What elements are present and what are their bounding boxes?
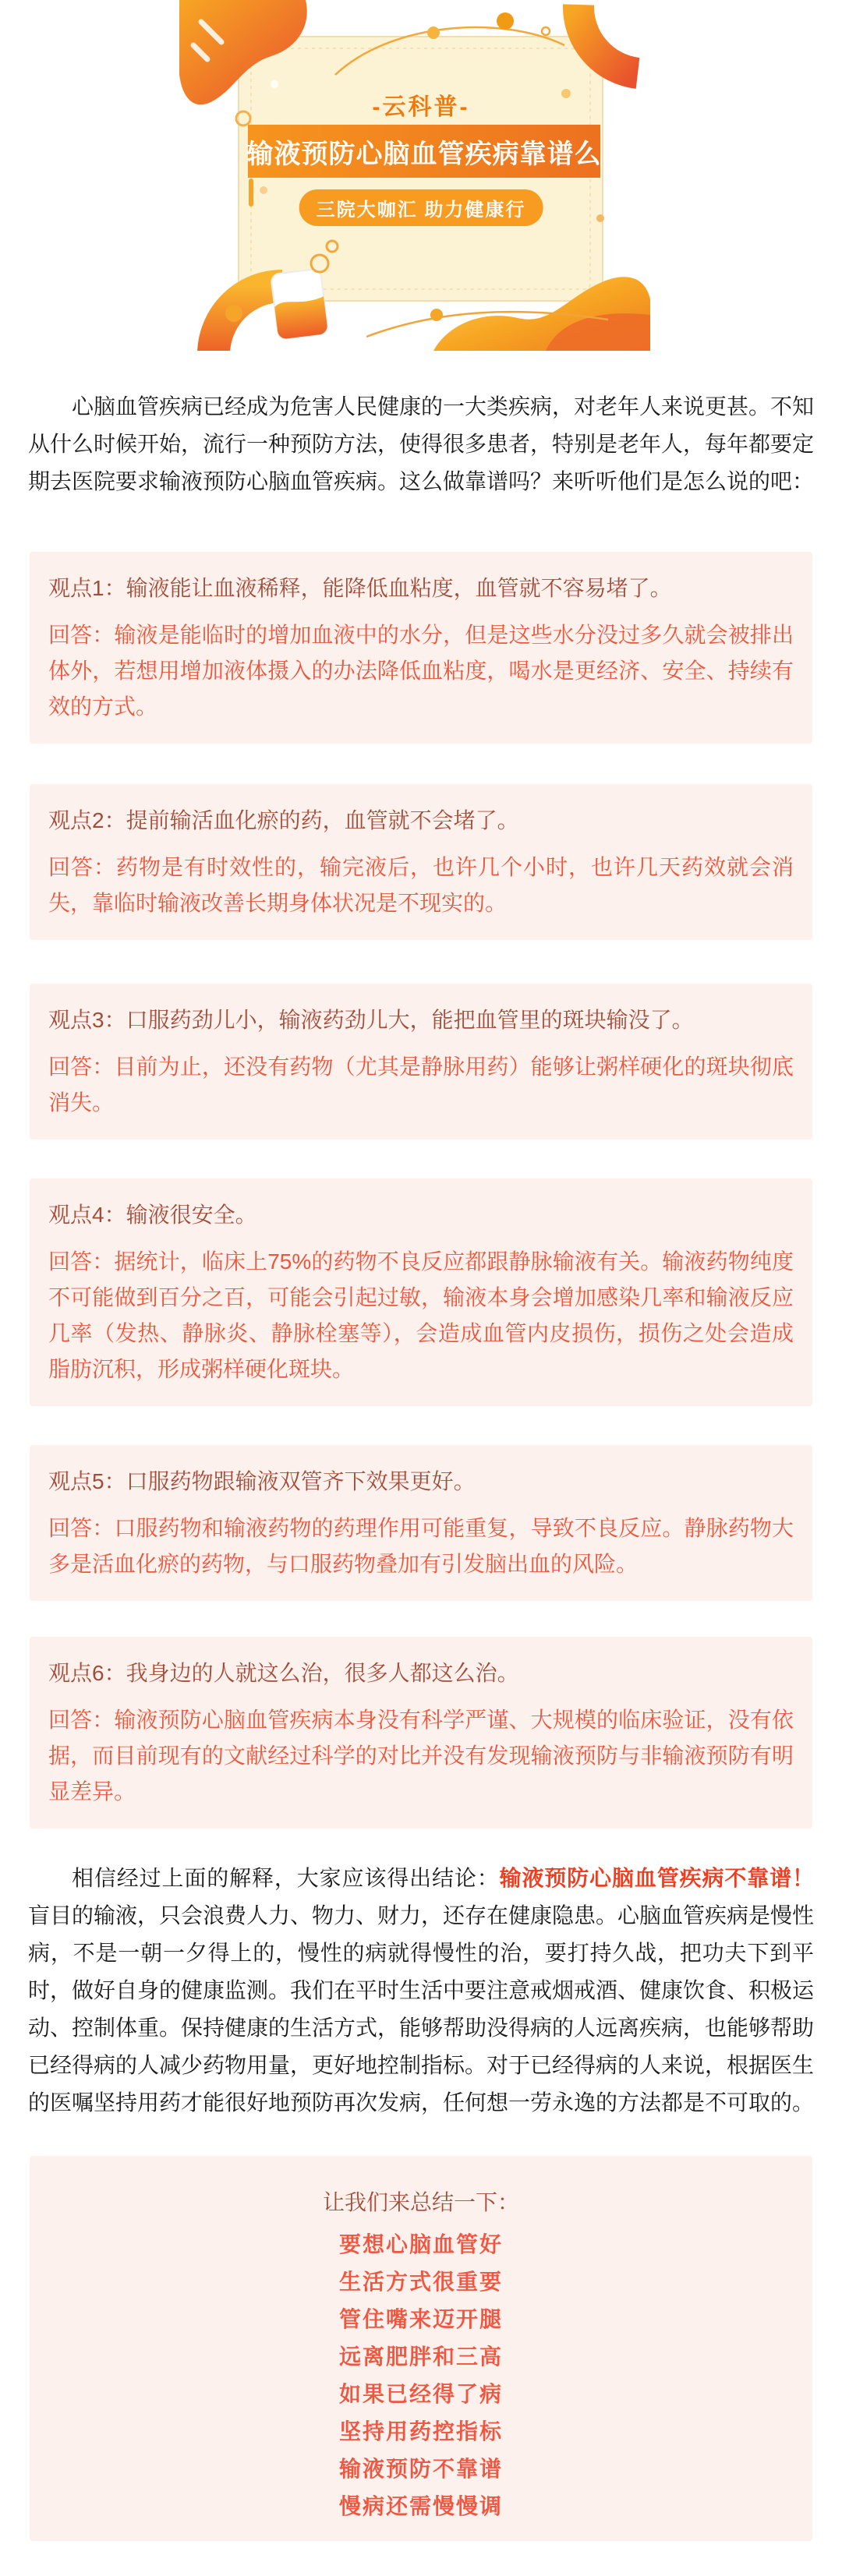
qa-answer: 回答：口服药物和输液药物的药理作用可能重复，导致不良反应。静脉药物大多是活血化瘀… <box>48 1511 794 1582</box>
banner-title: 输液预防心脑血管疾病靠谱么 <box>247 133 602 171</box>
banner-subtitle-pill: 三院大咖汇 助力健康行 <box>299 189 543 226</box>
qa-box-viewpoint-5: 观点5：口服药物跟输液双管齐下效果更好。 回答：口服药物和输液药物的药理作用可能… <box>30 1445 812 1601</box>
summary-line: 远离肥胖和三高 <box>45 2338 797 2376</box>
summary-title: 让我们来总结一下： <box>45 2184 797 2221</box>
qa-question: 观点1：输液能让血液稀释，能降低血粘度，血管就不容易堵了。 <box>48 571 794 606</box>
qa-answer: 回答：输液是能临时的增加血液中的水分，但是这些水分没过多久就会被排出体外，若想用… <box>48 617 794 725</box>
qa-answer: 回答：药物是有时效性的，输完液后，也许几个小时，也许几天药效就会消失，靠临时输液… <box>48 850 794 921</box>
summary-line: 生活方式很重要 <box>45 2263 797 2301</box>
intro-paragraph: 心脑血管疾病已经成为危害人民健康的一大类疾病，对老年人来说更甚。不知从什么时候开… <box>28 388 814 500</box>
qa-box-viewpoint-3: 观点3：口服药劲儿小，输液药劲儿大，能把血管里的斑块输没了。 回答：目前为止，还… <box>30 984 812 1140</box>
decor-ring-bottom-left-icon <box>214 286 282 351</box>
summary-line: 管住嘴来迈开腿 <box>45 2301 797 2338</box>
summary-line: 要想心脑血管好 <box>45 2226 797 2263</box>
conclusion-lead: 相信经过上面的解释，大家应该得出结论： <box>72 1866 500 1890</box>
qa-question: 观点6：我身边的人就这么治，很多人都这么治。 <box>48 1655 794 1691</box>
qa-answer: 回答：输液预防心脑血管疾病本身没有科学严谨、大规模的临床验证，没有依据，而目前现… <box>48 1702 794 1810</box>
summary-line: 如果已经得了病 <box>45 2376 797 2413</box>
qa-question: 观点3：口服药劲儿小，输液药劲儿大，能把血管里的斑块输没了。 <box>48 1002 794 1038</box>
qa-answer: 回答：据统计，临床上75%的药物不良反应都跟静脉输液有关。输液药物纯度不可能做到… <box>48 1244 794 1387</box>
conclusion-rest: 盲目的输液，只会浪费人力、物力、财力，还存在健康隐患。心脑血管疾病是慢性病，不是… <box>28 1903 814 2115</box>
qa-box-viewpoint-1: 观点1：输液能让血液稀释，能降低血粘度，血管就不容易堵了。 回答：输液是能临时的… <box>30 552 812 744</box>
article-page: -云科普- 输液预防心脑血管疾病靠谱么 三院大咖汇 助力健康行 心脑血管疾病已经… <box>0 0 842 2576</box>
header-banner: -云科普- 输液预防心脑血管疾病靠谱么 三院大咖汇 助力健康行 <box>0 0 842 351</box>
qa-box-viewpoint-4: 观点4：输液很安全。 回答：据统计，临床上75%的药物不良反应都跟静脉输液有关。… <box>30 1178 812 1406</box>
banner-tagline: -云科普- <box>0 87 842 122</box>
banner-title-bar: 输液预防心脑血管疾病靠谱么 <box>248 125 600 178</box>
qa-question: 观点5：口服药物跟输液双管齐下效果更好。 <box>48 1464 794 1500</box>
qa-box-viewpoint-6: 观点6：我身边的人就这么治，很多人都这么治。 回答：输液预防心脑血管疾病本身没有… <box>30 1637 812 1829</box>
qa-answer: 回答：目前为止，还没有药物（尤其是静脉用药）能够让粥样硬化的斑块彻底消失。 <box>48 1049 794 1121</box>
cup-icon <box>271 269 328 340</box>
summary-line: 输液预防不靠谱 <box>45 2451 797 2488</box>
conclusion-paragraph: 相信经过上面的解释，大家应该得出结论：输液预防心脑血管疾病不靠谱！盲目的输液，只… <box>28 1860 814 2122</box>
qa-question: 观点2：提前输活血化瘀的药，血管就不会堵了。 <box>48 803 794 839</box>
summary-line: 坚持用药控指标 <box>45 2413 797 2451</box>
qa-box-viewpoint-2: 观点2：提前输活血化瘀的药，血管就不会堵了。 回答：药物是有时效性的，输完液后，… <box>30 784 812 940</box>
summary-line: 慢病还需慢慢调 <box>45 2488 797 2525</box>
qa-question: 观点4：输液很安全。 <box>48 1197 794 1233</box>
summary-box: 让我们来总结一下： 要想心脑血管好 生活方式很重要 管住嘴来迈开腿 远离肥胖和三… <box>30 2156 812 2541</box>
banner-subtitle: 三院大咖汇 助力健康行 <box>317 194 526 221</box>
conclusion-highlight: 输液预防心脑血管疾病不靠谱！ <box>500 1866 814 1890</box>
